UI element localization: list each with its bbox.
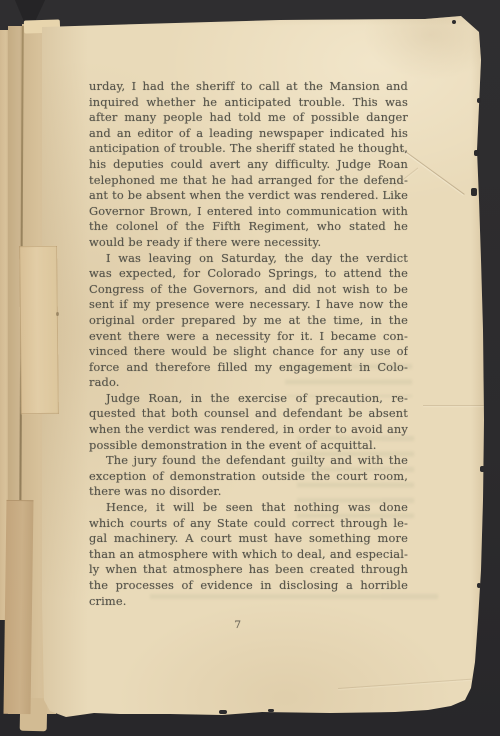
- text-line: vinced there would be slight chance for …: [89, 344, 408, 360]
- edge-nick: [219, 710, 227, 714]
- edge-nick: [268, 709, 274, 712]
- text-line: The jury found the defendant guilty and …: [89, 453, 408, 469]
- text-line: there was no disorder.: [89, 484, 408, 500]
- crease-top-right: [399, 147, 464, 195]
- text-line: Congress of the Governors, and did not w…: [89, 282, 408, 298]
- edge-nick: [452, 20, 456, 24]
- text-line: crime.: [89, 594, 408, 610]
- text-line: the processes of evidence in disclosing …: [89, 578, 408, 594]
- text-line: urday, I had the sheriff to call at the …: [89, 79, 408, 95]
- text-line: quested that both counsel and defendant …: [89, 406, 408, 422]
- page-text-block: urday, I had the sheriff to call at the …: [89, 79, 408, 609]
- text-line: which courts of any State could correct …: [89, 516, 408, 532]
- text-line: event there were a necessity for it. I b…: [89, 329, 408, 345]
- text-line: the colonel of the Fifth Regiment, who s…: [89, 219, 408, 235]
- page-number: 7: [228, 619, 248, 631]
- text-line: and an editor of a leading newspaper ind…: [89, 126, 408, 142]
- text-line: was expected, for Colorado Springs, to a…: [89, 266, 408, 282]
- crease-middle-right: [423, 405, 484, 406]
- text-line: Hence, it will be seen that nothing was …: [89, 500, 408, 516]
- crease-bottom-right: [338, 679, 472, 689]
- text-line: exception of demonstration outside the c…: [89, 469, 408, 485]
- gutter-speck: [56, 312, 59, 316]
- text-line: rado.: [89, 375, 408, 391]
- edge-nick: [471, 188, 477, 196]
- text-line: gal machinery. A court must have somethi…: [89, 531, 408, 547]
- text-line: would be ready if there were necessity.: [89, 235, 408, 251]
- text-line: inquired whether he anticipated trouble.…: [89, 95, 408, 111]
- text-line: after many people had told me of possibl…: [89, 110, 408, 126]
- edge-nick: [474, 150, 479, 156]
- tape-repair-upper: [19, 246, 59, 414]
- text-line: ly when that atmosphere has been created…: [89, 562, 408, 578]
- text-line: when the verdict was rendered, in order …: [89, 422, 408, 438]
- text-line: possible demonstration in the event of a…: [89, 438, 408, 454]
- text-line: than an atmosphere with which to deal, a…: [89, 547, 408, 563]
- text-line: his deputies could avert any difficulty.…: [89, 157, 408, 173]
- text-line: telephoned me that he had arranged for t…: [89, 173, 408, 189]
- text-line: Judge Roan, in the exercise of precautio…: [89, 391, 408, 407]
- edge-nick: [480, 466, 485, 472]
- text-line: original order prepared by me at the tim…: [89, 313, 408, 329]
- tape-repair-lower: [4, 500, 34, 714]
- edge-nick: [477, 98, 481, 103]
- text-line: sent if my presence were necessary. I ha…: [89, 297, 408, 313]
- text-line: I was leaving on Saturday, the day the v…: [89, 251, 408, 267]
- edge-nick: [477, 583, 481, 588]
- text-line: ant to be absent when the verdict was re…: [89, 188, 408, 204]
- text-line: force and therefore filled my engagement…: [89, 360, 408, 376]
- text-line: Governor Brown, I entered into communica…: [89, 204, 408, 220]
- text-line: anticipation of trouble. The sheriff sta…: [89, 141, 408, 157]
